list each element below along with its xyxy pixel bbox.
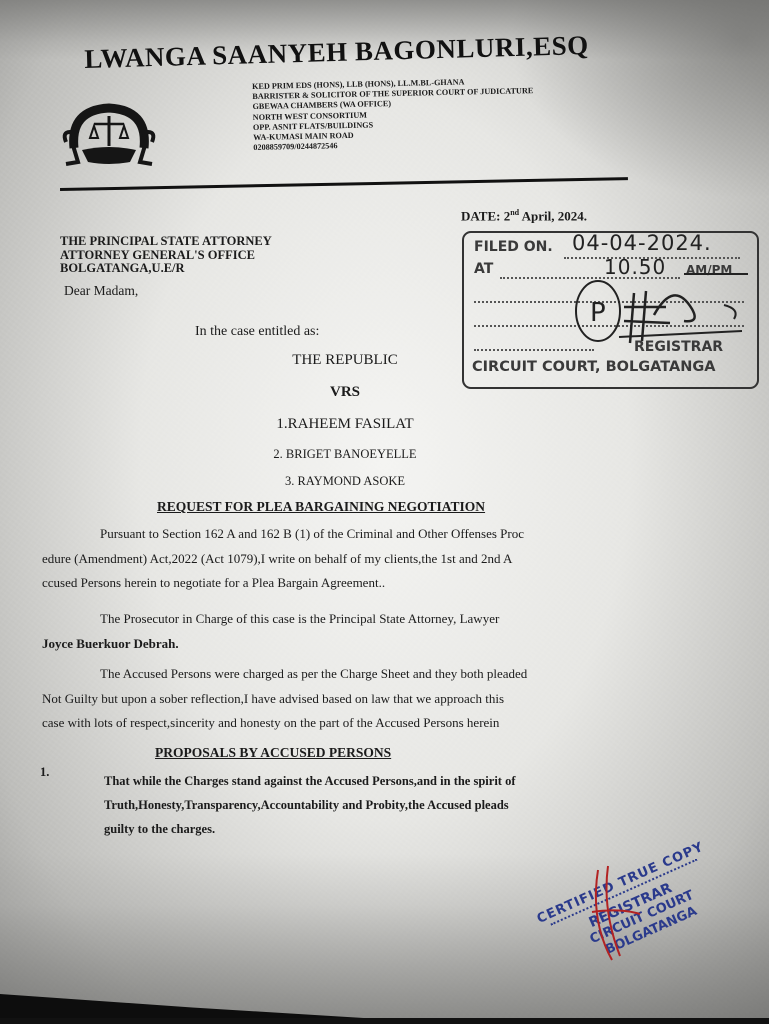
- paragraph-charges: The Accused Persons were charged as per …: [42, 662, 642, 736]
- proposal-number: 1.: [40, 765, 49, 780]
- paragraph-prosecutor: The Prosecutor in Charge of this case is…: [42, 607, 632, 656]
- firm-details: KED PRIM EDS (HONS), LLB (HONS), LL.M.BL…: [252, 76, 534, 153]
- addressee-block: THE PRINCIPAL STATE ATTORNEY ATTORNEY GE…: [60, 235, 272, 276]
- filed-at-time: 10.50: [604, 255, 666, 279]
- dotted-line: [474, 349, 594, 351]
- scan-edge-strip: [0, 1018, 769, 1024]
- svg-text:P: P: [590, 298, 606, 328]
- at-label: AT: [474, 261, 493, 277]
- accused-2: 2. BRIGET BANOEYELLE: [150, 447, 540, 462]
- salutation: Dear Madam,: [64, 283, 138, 299]
- scales-of-justice-crest-icon: [60, 102, 158, 174]
- addressee-office: ATTORNEY GENERAL'S OFFICE: [60, 249, 272, 263]
- red-signature-icon: [590, 860, 650, 970]
- accused-3: 3. RAYMOND ASOKE: [150, 474, 540, 489]
- case-versus: VRS: [150, 384, 540, 401]
- letter-date: DATE: 2nd April, 2024.: [461, 208, 587, 224]
- addressee-location: BOLGATANGA,U.E/R: [60, 262, 272, 276]
- accused-1: 1.RAHEEM FASILAT: [150, 416, 540, 433]
- filed-on-date: 04-04-2024.: [572, 231, 712, 255]
- ampm-strike: [684, 273, 748, 275]
- registrar-label: REGISTRAR: [634, 339, 723, 355]
- paragraph-pursuant: Pursuant to Section 162 A and 162 B (1) …: [42, 522, 632, 596]
- filed-on-label: FILED ON.: [474, 239, 553, 255]
- case-plaintiff: THE REPUBLIC: [150, 352, 540, 369]
- subject-heading: REQUEST FOR PLEA BARGAINING NEGOTIATION: [157, 499, 485, 515]
- addressee-title: THE PRINCIPAL STATE ATTORNEY: [60, 235, 272, 249]
- case-intro: In the case entitled as:: [195, 324, 319, 340]
- proposal-item: That while the Charges stand against the…: [104, 769, 604, 841]
- proposals-heading: PROPOSALS BY ACCUSED PERSONS: [155, 745, 391, 761]
- scan-shadow-corner: [509, 0, 769, 200]
